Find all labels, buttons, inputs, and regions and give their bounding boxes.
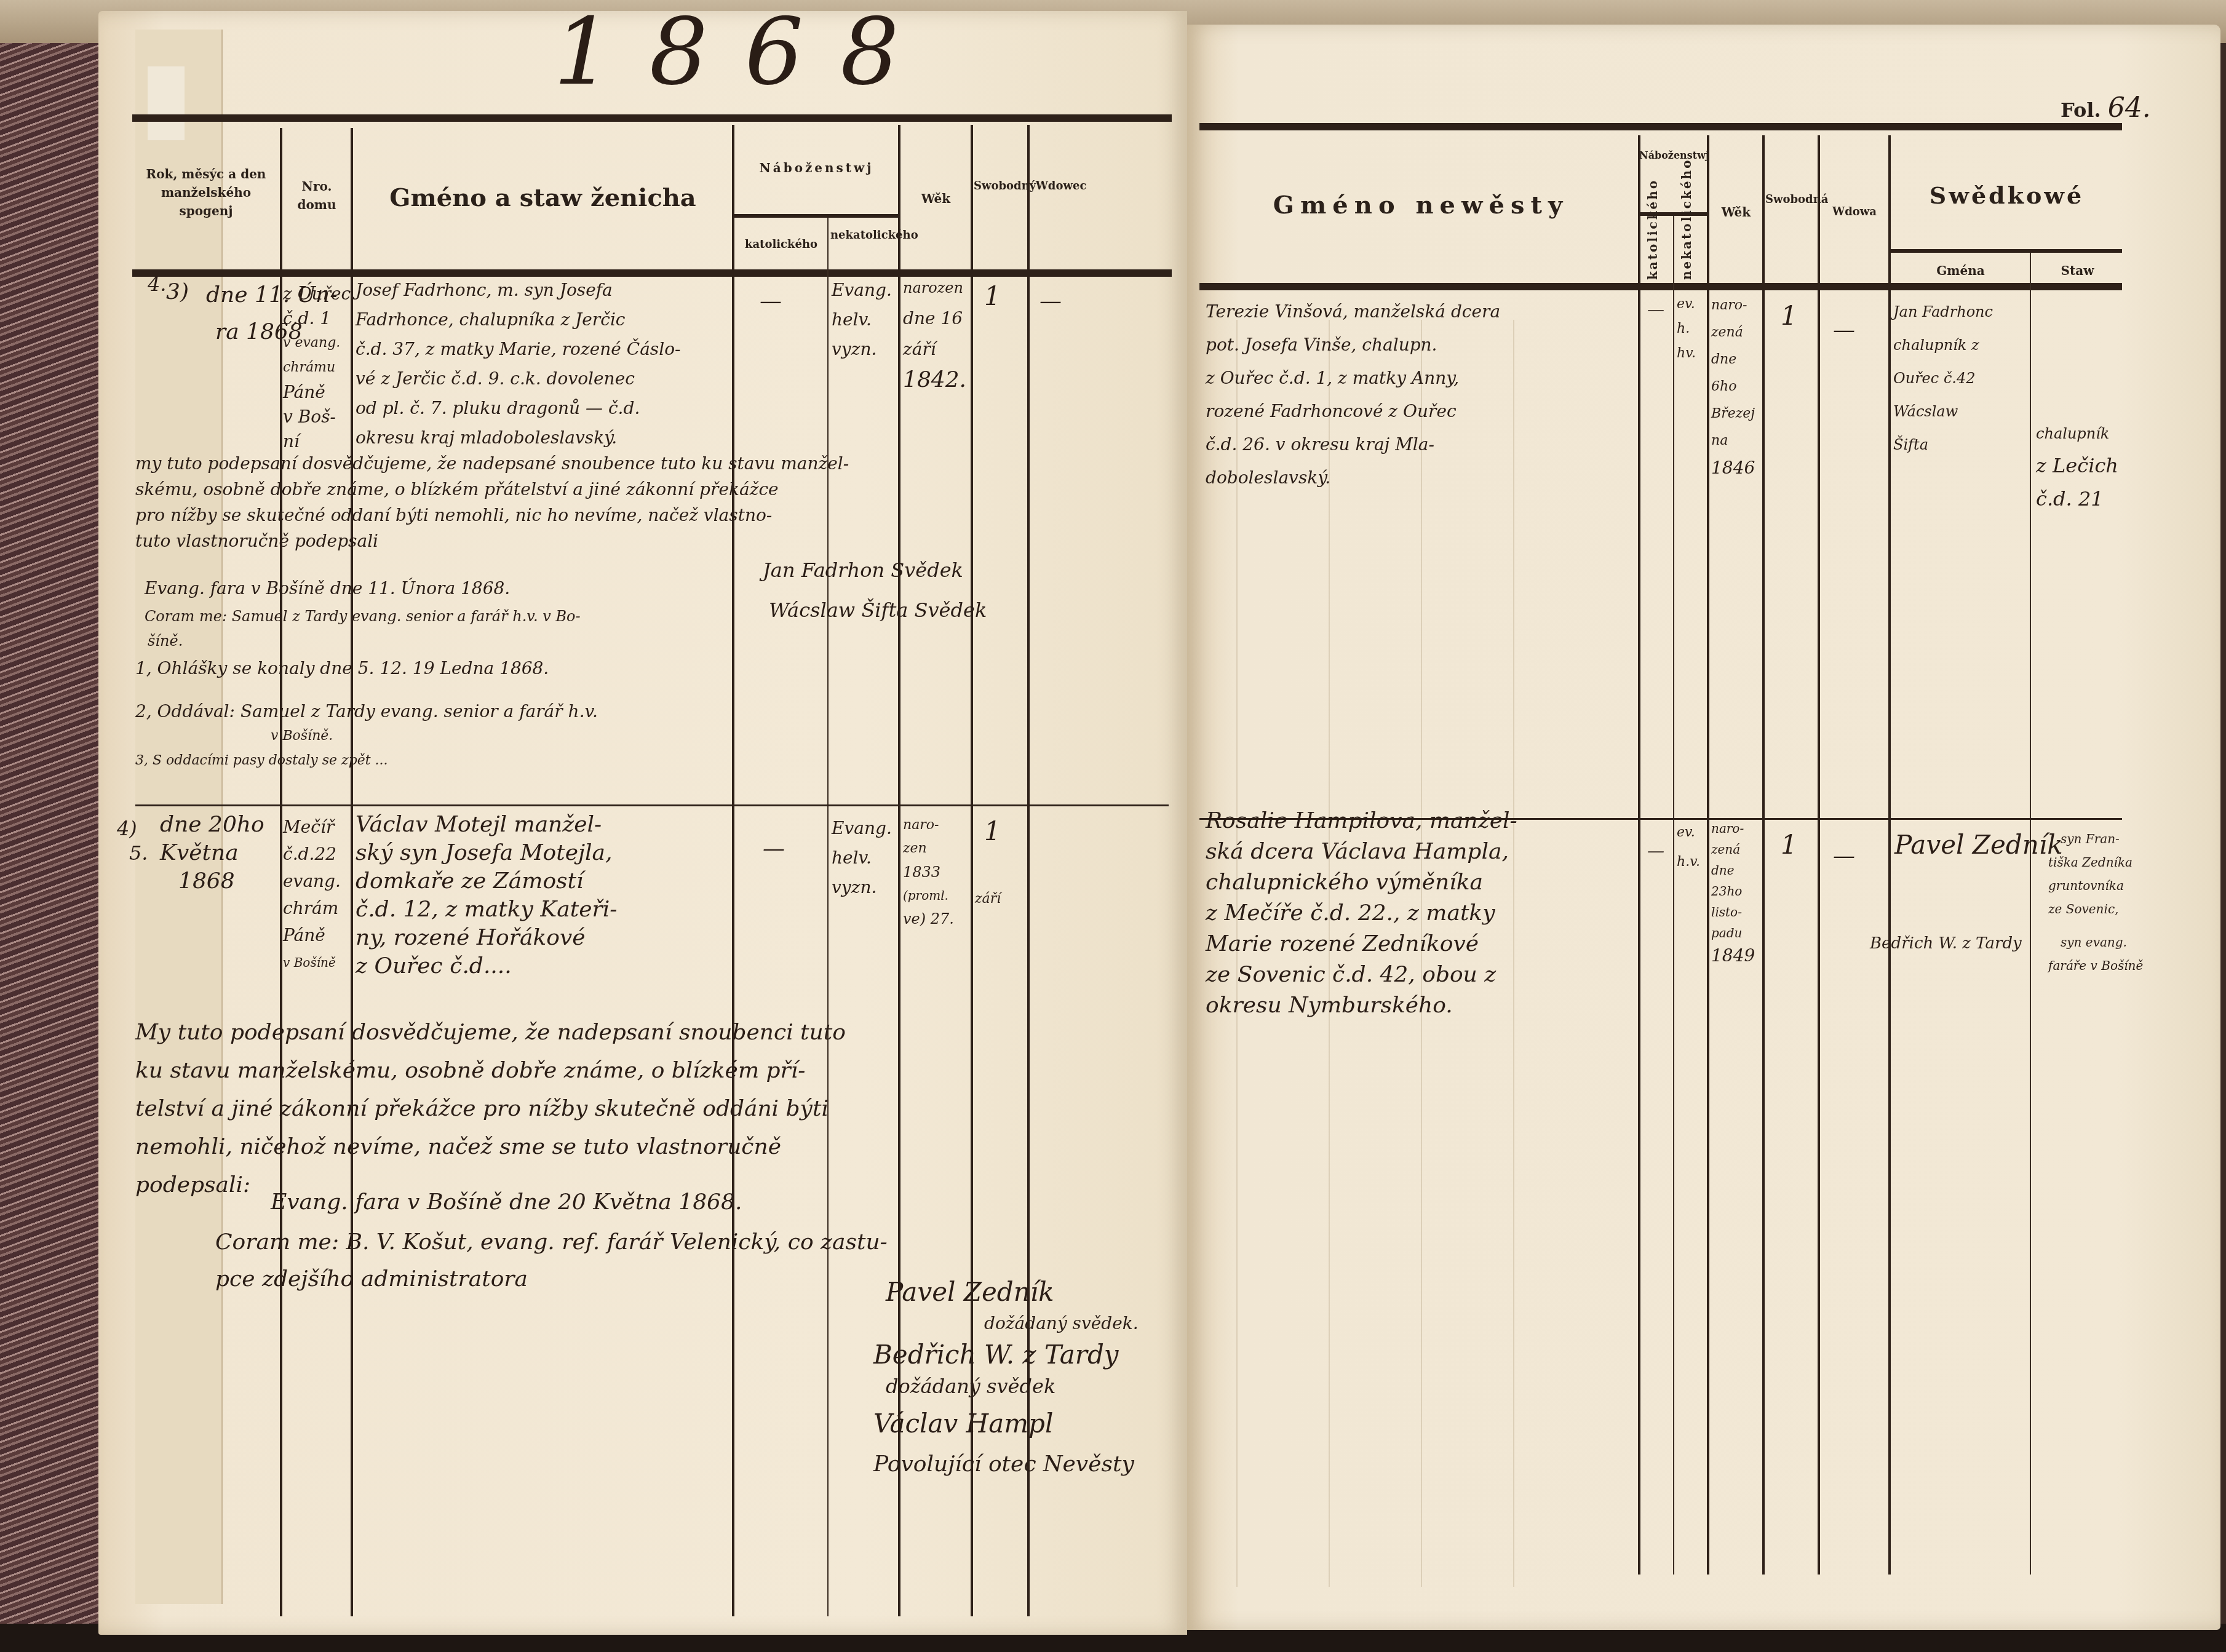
entry-4-groom-noncatholic: Evang. helv. vyzn. — [832, 814, 892, 902]
entry-4-attestation: My tuto podepsaní dosvědčujeme, že nadep… — [135, 1014, 846, 1204]
entry-3-coram: Coram me: Samuel z Tardy evang. senior a… — [145, 602, 581, 631]
col-divider — [732, 125, 734, 1616]
header-single: Swobodný — [974, 177, 1027, 196]
entry-4-witness-name: Bedřich W. z Tardy — [1870, 929, 2022, 958]
entry-3-bride-single: 1 — [1781, 295, 1797, 337]
entry-3-groom-noncatholic: Evang. helv. vyzn. — [832, 276, 892, 364]
header-religion: Náboženstwj — [1639, 148, 1707, 164]
entry-3-witness-names: Jan Fadrhonc chalupník z Ouřec č.42 Wács… — [1893, 295, 1993, 461]
left-page: 1868 Rok, měsýc a den manželského spogen… — [98, 11, 1187, 1635]
header-single: Swobodná — [1765, 191, 1818, 209]
entry-4-bride-noncatholic: ev. h.v. — [1677, 818, 1700, 877]
col-divider-religion-sub — [827, 214, 829, 1616]
entry-3-coram-cont: šíně. — [148, 626, 183, 656]
col-divider — [1762, 135, 1765, 1575]
header-bride: Gméno newěsty — [1212, 191, 1630, 220]
register-year: 1868 — [554, 0, 936, 106]
header-noncatholic: nekatolického — [1679, 218, 1694, 280]
entry-3-note-3: 3, S oddacími pasy dostaly se zpět ... — [135, 746, 388, 776]
col-divider — [1638, 135, 1640, 1575]
entry-3-groom-catholic: — — [760, 282, 782, 321]
entry-4-groom-age: naro- zen 1833 (proml. ve) 27. — [903, 814, 954, 931]
entry-3-bride-catholic: — — [1647, 295, 1664, 325]
folio: Fol. 64. — [2061, 92, 2171, 124]
entry-4-bride-widow: — — [1833, 836, 1855, 876]
right-page: Fol. 64. Gméno newěsty Náboženstwj katol… — [1187, 25, 2220, 1630]
entry-separator — [135, 804, 1169, 806]
entry-3-attestation: my tuto podepsaní dosvědčujeme, že nadep… — [135, 451, 849, 554]
entry-4-place-date: Evang. fara v Bošíně dne 20 Května 1868. — [271, 1183, 742, 1222]
entry-3-groom-widower: — — [1039, 282, 1062, 321]
header-catholic: katolického — [1645, 221, 1660, 280]
entry-3-note-2: 2, Oddával: Samuel z Tardy evang. senior… — [135, 697, 598, 726]
entry-number: 4) — [117, 811, 137, 846]
entry-3-witness-status: chalupník z Lečich č.d. 21 — [2036, 418, 2118, 515]
entry-3-signature: Jan Fadrhon Svědek — [763, 552, 963, 588]
col-divider — [1818, 135, 1820, 1575]
folio-label: Fol. — [2061, 98, 2101, 122]
entry-4-bride-catholic: — — [1647, 836, 1664, 866]
entry-3-groom: Josef Fadrhonc, m. syn Josefa Fadrhonce,… — [356, 276, 680, 453]
header-religion: Náboženstwj — [735, 159, 898, 177]
entry-3-bride-noncatholic: ev. h. hv. — [1677, 292, 1696, 366]
entry-4-signatures: Pavel Zedník dožádaný svědek. Bedřich W.… — [861, 1275, 1122, 1482]
header-witnesses: Swědkowé — [1891, 181, 2122, 209]
header-widow: Wdowa — [1821, 203, 1888, 221]
header-bottom-rule — [1199, 283, 2122, 290]
entry-number: 3) — [166, 272, 189, 312]
entry-4-witness-status: syn Fran- tiška Zedníka gruntovníka ze S… — [2061, 827, 2155, 967]
folio-number: 64. — [2108, 92, 2151, 124]
header-age: Wěk — [1710, 203, 1762, 221]
entry-4-bride-single: 1 — [1781, 824, 1797, 866]
entry-3-bride: Terezie Vinšová, manželská dcera pot. Jo… — [1206, 295, 1500, 494]
header-top-rule — [132, 114, 1172, 122]
witness-subheader-rule — [1888, 249, 2122, 253]
header-age: Wěk — [901, 189, 971, 208]
entry-3-bride-age: naro- zená dne 6ho Březej na 1846 — [1711, 292, 1755, 482]
entry-3-groom-single: 1 — [984, 276, 1001, 317]
entry-3-bride-widow: — — [1833, 311, 1855, 350]
col-divider — [1707, 135, 1709, 1575]
entry-4-month-note: září — [975, 884, 1001, 914]
entry-4-house: Mečíř č.d.22 evang. chrám Páně v Bošíně — [283, 814, 341, 976]
stub-tab — [148, 66, 185, 140]
entry-3-groom-age: narozen dne 16 září 1842. — [903, 272, 966, 395]
header-top-rule — [1199, 123, 2122, 130]
header-noncatholic: nekatolického — [830, 226, 898, 245]
col-divider-religion-sub — [1673, 215, 1674, 1575]
header-date: Rok, měsýc a den manželského spogenj — [135, 165, 277, 220]
entry-3-note-1: 1, Ohlášky se konaly dne 5. 12. 19 Ledna… — [135, 654, 549, 683]
religion-subheader-rule — [732, 214, 898, 218]
header-groom: Gméno a staw ženicha — [354, 183, 732, 212]
header-widower: Wdowec — [1030, 177, 1092, 196]
header-witness-names: Gména — [1891, 261, 2030, 280]
entry-4-groom-catholic: — — [763, 829, 785, 868]
entry-4-bride-age: naro- zená dne 23ho listo- padu 1849 — [1711, 818, 1755, 968]
entry-4-groom-single: 1 — [984, 811, 1001, 852]
col-divider-witness-sub — [2030, 252, 2031, 1575]
entry-4-coram-cont: pce zdejšího administratora — [215, 1260, 528, 1299]
entry-4-date: dne 20ho Května 1868 — [160, 811, 264, 895]
entry-4-bride: Rosalie Hampilova, manžel- ská dcera Vác… — [1206, 806, 1517, 1021]
col-divider — [1888, 135, 1891, 1575]
margin-note: 4. — [148, 266, 167, 302]
entry-3-place-date: Evang. fara v Bošíně dne 11. Února 1868. — [145, 574, 510, 603]
entry-3-signature: Wácslaw Šifta Svědek — [769, 592, 987, 628]
entry-4-witness-name: Pavel Zedník — [1894, 824, 2063, 866]
header-catholic: katolického — [735, 236, 827, 254]
entry-3-house: z Ouřec č.d. 1 v evang. chrámu Páně v Bo… — [283, 282, 351, 454]
header-house-number: Nro. domu — [283, 177, 351, 214]
col-divider — [351, 128, 353, 1616]
header-witness-status: Staw — [2033, 261, 2122, 280]
entry-4-coram: Coram me: B. V. Košut, evang. ref. farář… — [215, 1223, 888, 1262]
entry-4-groom: Václav Motejl manžel- ský syn Josefa Mot… — [356, 811, 617, 980]
